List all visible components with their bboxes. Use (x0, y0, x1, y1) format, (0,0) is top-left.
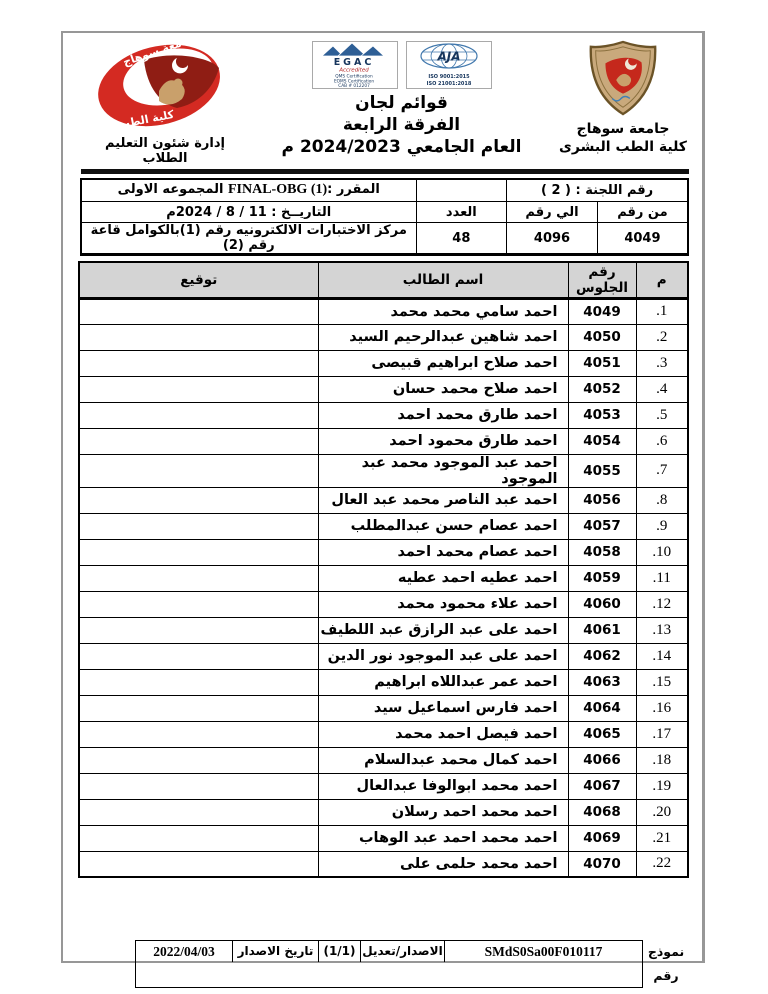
egac-cert-line3: CAB # 012207 (338, 83, 370, 89)
student-name-cell: احمد شاهين عبدالرحيم السيد (318, 324, 568, 350)
row-number-cell: 8. (636, 487, 688, 513)
row-number-cell: 1. (636, 298, 688, 324)
student-name-cell: احمد محمد ابوالوفا عبدالعال (318, 773, 568, 799)
student-name-cell: احمد عبد الموجود محمد عبد الموجود (318, 454, 568, 487)
student-row: 14. 4062 احمد على عبد الموجود نور الدين (79, 643, 688, 669)
count-label: العدد (416, 202, 507, 223)
signature-cell (79, 428, 318, 454)
signature-cell (79, 350, 318, 376)
seat-number-cell: 4069 (568, 825, 636, 851)
aja-iso-line1: ISO 9001:2015 (428, 74, 470, 80)
exam-date-cell: التاريــخ : 11 / 8 / 2024م (81, 202, 416, 223)
info-row-labels: من رقم الي رقم العدد التاريــخ : 11 / 8 … (81, 202, 688, 223)
student-row: 12. 4060 احمد علاء محمود محمد (79, 591, 688, 617)
students-table: م رقم الجلوس اسم الطالب توقيع 1. 4049 اح… (78, 261, 689, 878)
seat-number-cell: 4057 (568, 513, 636, 539)
exam-info-table: رقم اللجنة : ( 2 ) المقرر :FINAL-OBG (1)… (80, 178, 689, 257)
student-name-cell: احمد فيصل احمد محمد (318, 721, 568, 747)
student-name-cell: احمد صلاح محمد حسان (318, 376, 568, 402)
form-number-label: نموذج رقم (643, 940, 689, 988)
seat-number-cell: 4052 (568, 376, 636, 402)
student-name-cell: احمد على عبد الموجود نور الدين (318, 643, 568, 669)
student-row: 15. 4063 احمد عمر عبداللاه ابراهيم (79, 669, 688, 695)
row-number-cell: 4. (636, 376, 688, 402)
row-number-cell: 17. (636, 721, 688, 747)
student-row: 20. 4068 احمد محمد احمد رسلان (79, 799, 688, 825)
student-name-cell: احمد على عبد الرازق عبد اللطيف (318, 617, 568, 643)
egac-accredited-text: Accredited (338, 68, 369, 74)
student-row: 18. 4066 احمد كمال محمد عبدالسلام (79, 747, 688, 773)
to-number-value: 4096 (507, 223, 598, 255)
seat-number-cell: 4070 (568, 851, 636, 877)
students-table-head: م رقم الجلوس اسم الطالب توقيع (79, 262, 688, 298)
row-number-cell: 11. (636, 565, 688, 591)
seat-number-cell: 4062 (568, 643, 636, 669)
signature-cell (79, 747, 318, 773)
student-row: 3. 4051 احمد صلاح ابراهيم قبيصى (79, 350, 688, 376)
page-header: جامعة سوهاج كلية الطب إدارة شئون التعليم… (81, 39, 692, 166)
student-name-cell: احمد طارق محمد احمد (318, 402, 568, 428)
row-number-cell: 19. (636, 773, 688, 799)
student-row: 6. 4054 احمد طارق محمود احمد (79, 428, 688, 454)
student-row: 22. 4070 احمد محمد حلمى على (79, 851, 688, 877)
student-name-cell: احمد سامي محمد محمد (318, 298, 568, 324)
university-shield-logo (578, 39, 668, 117)
seat-number-cell: 4068 (568, 799, 636, 825)
course-group: المجموعه الاولى (118, 182, 224, 197)
signature-cell (79, 591, 318, 617)
document-titles: قوائم لجان الفرقة الرابعة العام الجامعي … (249, 92, 554, 158)
seat-number-cell: 4056 (568, 487, 636, 513)
student-row: 10. 4058 احمد عصام محمد احمد (79, 539, 688, 565)
signature-cell (79, 825, 318, 851)
row-number-cell: 6. (636, 428, 688, 454)
count-value: 48 (416, 223, 507, 255)
student-name-cell: احمد محمد احمد عبد الوهاب (318, 825, 568, 851)
student-row: 21. 4069 احمد محمد احمد عبد الوهاب (79, 825, 688, 851)
row-number-cell: 18. (636, 747, 688, 773)
col-header-seat: رقم الجلوس (568, 262, 636, 298)
student-row: 9. 4057 احمد عصام حسن عبدالمطلب (79, 513, 688, 539)
row-number-cell: 12. (636, 591, 688, 617)
faculty-name: كلية الطب البشرى (554, 139, 692, 157)
signature-cell (79, 721, 318, 747)
signature-cell (79, 695, 318, 721)
course-label: المقرر : (327, 182, 380, 197)
student-name-cell: احمد عصام حسن عبدالمطلب (318, 513, 568, 539)
footer-box: SMdS0Sa00F010117 الاصدار/تعديل (1/1) تار… (135, 940, 643, 988)
student-row: 16. 4064 احمد فارس اسماعيل سيد (79, 695, 688, 721)
signature-cell (79, 643, 318, 669)
student-name-cell: احمد عصام محمد احمد (318, 539, 568, 565)
student-row: 4. 4052 احمد صلاح محمد حسان (79, 376, 688, 402)
row-number-cell: 15. (636, 669, 688, 695)
signature-cell (79, 617, 318, 643)
student-name-cell: احمد فارس اسماعيل سيد (318, 695, 568, 721)
seat-number-cell: 4049 (568, 298, 636, 324)
header-right-block: جامعة سوهاج كلية الطب البشرى (554, 39, 692, 156)
signature-cell (79, 487, 318, 513)
row-number-cell: 20. (636, 799, 688, 825)
seat-number-cell: 4059 (568, 565, 636, 591)
department-caption: إدارة شئون التعليم الطلاب (81, 136, 249, 166)
seat-number-cell: 4061 (568, 617, 636, 643)
student-name-cell: احمد علاء محمود محمد (318, 591, 568, 617)
aja-iso-line2: ISO 21001:2018 (426, 81, 471, 87)
seat-number-cell: 4066 (568, 747, 636, 773)
student-name-cell: احمد عبد الناصر محمد عبد العال (318, 487, 568, 513)
student-row: 11. 4059 احمد عطيه احمد عطيه (79, 565, 688, 591)
university-name: جامعة سوهاج (554, 121, 692, 139)
header-row: م رقم الجلوس اسم الطالب توقيع (79, 262, 688, 298)
seat-number-cell: 4067 (568, 773, 636, 799)
seat-number-cell: 4060 (568, 591, 636, 617)
student-row: 1. 4049 احمد سامي محمد محمد (79, 298, 688, 324)
exam-location-cell: مركز الاختبارات الالكترونيه رقم (1)بالكو… (81, 223, 416, 255)
col-header-signature: توقيع (79, 262, 318, 298)
signature-cell (79, 669, 318, 695)
seat-number-cell: 4058 (568, 539, 636, 565)
student-name-cell: احمد محمد حلمى على (318, 851, 568, 877)
row-number-cell: 21. (636, 825, 688, 851)
header-divider (81, 169, 689, 174)
student-name-cell: احمد صلاح ابراهيم قبيصى (318, 350, 568, 376)
egac-accreditation-logo: EGAC Accredited QMS Certification EOMS C… (312, 41, 398, 89)
egac-name-text: EGAC (333, 57, 374, 68)
faculty-medicine-logo: جامعة سوهاج كلية الطب (89, 39, 241, 131)
accreditation-logos: EGAC Accredited QMS Certification EOMS C… (249, 41, 554, 89)
signature-cell (79, 565, 318, 591)
student-row: 2. 4050 احمد شاهين عبدالرحيم السيد (79, 324, 688, 350)
signature-cell (79, 324, 318, 350)
seat-number-cell: 4065 (568, 721, 636, 747)
signature-cell (79, 513, 318, 539)
row-number-cell: 9. (636, 513, 688, 539)
page-footer: نموذج رقم SMdS0Sa00F010117 الاصدار/تعديل… (135, 940, 689, 988)
info-row-committee: رقم اللجنة : ( 2 ) المقرر :FINAL-OBG (1)… (81, 179, 688, 202)
col-header-index: م (636, 262, 688, 298)
student-row: 7. 4055 احمد عبد الموجود محمد عبد الموجو… (79, 454, 688, 487)
signature-cell (79, 454, 318, 487)
seat-number-cell: 4064 (568, 695, 636, 721)
form-code: SMdS0Sa00F010117 (444, 941, 642, 962)
doc-title-line1: قوائم لجان (249, 92, 554, 114)
seat-number-cell: 4053 (568, 402, 636, 428)
info-row-values: 4049 4096 48 مركز الاختبارات الالكترونيه… (81, 223, 688, 255)
document-page: جامعة سوهاج كلية الطب إدارة شئون التعليم… (61, 31, 705, 963)
issue-value: (1/1) (318, 941, 360, 962)
signature-cell (79, 539, 318, 565)
doc-title-line2: الفرقة الرابعة (249, 114, 554, 136)
student-row: 13. 4061 احمد على عبد الرازق عبد اللطيف (79, 617, 688, 643)
signature-cell (79, 298, 318, 324)
from-number-label: من رقم (597, 202, 688, 223)
seat-number-cell: 4051 (568, 350, 636, 376)
to-number-label: الي رقم (507, 202, 598, 223)
issue-date-value: 2022/04/03 (136, 941, 232, 962)
course-code: FINAL-OBG (1) (228, 182, 327, 197)
row-number-cell: 7. (636, 454, 688, 487)
seat-number-cell: 4055 (568, 454, 636, 487)
row-number-cell: 22. (636, 851, 688, 877)
student-name-cell: احمد عمر عبداللاه ابراهيم (318, 669, 568, 695)
signature-cell (79, 799, 318, 825)
header-center-block: EGAC Accredited QMS Certification EOMS C… (249, 39, 554, 158)
from-number-value: 4049 (597, 223, 688, 255)
row-number-cell: 10. (636, 539, 688, 565)
doc-title-line3: العام الجامعي 2024/2023 م (249, 136, 554, 158)
signature-cell (79, 402, 318, 428)
issue-date-label: تاريخ الاصدار (232, 941, 318, 962)
header-left-block: جامعة سوهاج كلية الطب إدارة شئون التعليم… (81, 39, 249, 166)
row-number-cell: 14. (636, 643, 688, 669)
student-name-cell: احمد محمد احمد رسلان (318, 799, 568, 825)
seat-number-cell: 4054 (568, 428, 636, 454)
row-number-cell: 5. (636, 402, 688, 428)
student-name-cell: احمد طارق محمود احمد (318, 428, 568, 454)
students-tbody: 1. 4049 احمد سامي محمد محمد 2. 4050 احمد… (79, 298, 688, 877)
row-number-cell: 13. (636, 617, 688, 643)
aja-name-text: AJA (436, 50, 460, 64)
issue-label: الاصدار/تعديل (360, 941, 444, 962)
signature-cell (79, 376, 318, 402)
signature-cell (79, 773, 318, 799)
empty-cell (416, 179, 507, 202)
signature-cell (79, 851, 318, 877)
student-name-cell: احمد كمال محمد عبدالسلام (318, 747, 568, 773)
row-number-cell: 16. (636, 695, 688, 721)
aja-accreditation-logo: AJA ISO 9001:2015 ISO 21001:2018 (406, 41, 492, 89)
student-name-cell: احمد عطيه احمد عطيه (318, 565, 568, 591)
seat-number-cell: 4050 (568, 324, 636, 350)
course-cell: المقرر :FINAL-OBG (1) المجموعه الاولى (81, 179, 416, 202)
committee-number-cell: رقم اللجنة : ( 2 ) (507, 179, 688, 202)
seat-number-cell: 4063 (568, 669, 636, 695)
student-row: 5. 4053 احمد طارق محمد احمد (79, 402, 688, 428)
row-number-cell: 3. (636, 350, 688, 376)
student-row: 8. 4056 احمد عبد الناصر محمد عبد العال (79, 487, 688, 513)
student-row: 19. 4067 احمد محمد ابوالوفا عبدالعال (79, 773, 688, 799)
student-row: 17. 4065 احمد فيصل احمد محمد (79, 721, 688, 747)
row-number-cell: 2. (636, 324, 688, 350)
col-header-name: اسم الطالب (318, 262, 568, 298)
